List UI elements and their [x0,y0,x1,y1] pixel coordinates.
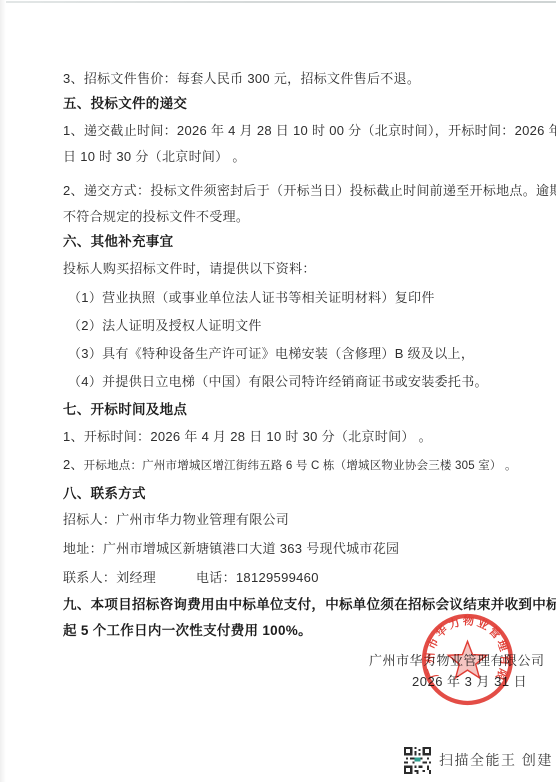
doc-line-item-3-permit: （3）具有《特种设备生产许可证》电梯安装（含修理）B 级及以上， [68,346,474,362]
section-heading-5-submission: 五、投标文件的递交 [63,96,187,112]
doc-line-deadline-1: 1、递交截止时间：2026 年 4 月 28 日 10 时 00 分（北京时间）… [63,123,556,139]
doc-line-delivery-method-1: 2、递交方式：投标文件须密封后于（开标当日）投标截止时间前递至开标地点。逾期送达… [63,183,556,199]
doc-line-opening-time: 1、开标时间：2026 年 4 月 28 日 10 时 30 分（北京时间） 。 [63,429,432,445]
doc-line-item-1-license: （1）营业执照（或事业单位法人证书等相关证明材料）复印件 [68,290,435,306]
doc-line-item-4-hitachi: （4）并提供日立电梯（中国）有限公司特许经销商证书或安装委托书。 [68,374,488,390]
section-heading-6-other: 六、其他补充事宜 [63,234,173,250]
doc-line-document-price: 3、招标文件售价：每套人民币 300 元，招标文件售后不退。 [63,71,420,87]
doc-line-materials-intro: 投标人购买招标文件时，请提供以下资料： [63,261,316,277]
doc-line-opening-place-number: 2、 [63,457,84,472]
doc-line-contact-phone: 联系人：刘经理 电话：18129599460 [63,570,319,586]
company-seal-stamp: 广州市华力物业管理有限公司 [419,611,516,708]
doc-line-deadline-2: 日 10 时 30 分（北京时间） 。 [63,149,246,165]
scan-edge-artifact-left [0,0,6,782]
section-heading-8-contact: 八、联系方式 [63,486,146,502]
watermark-label: 扫描全能王 创建 [439,750,553,770]
section-heading-7-opening: 七、开标时间及地点 [63,402,187,418]
scanner-watermark: 扫描全能王 创建 [404,745,553,775]
doc-line-tenderer: 招标人：广州市华力物业管理有限公司 [63,512,289,528]
doc-line-opening-place: 2、开标地点：广州市增城区增江街纬五路 6 号 C 栋（增城区物业协会三楼 30… [63,457,517,474]
doc-line-delivery-method-2: 不符合规定的投标文件不受理。 [63,209,249,225]
doc-line-opening-place-text: 开标地点：广州市增城区增江街纬五路 6 号 C 栋（增城区物业协会三楼 305 … [84,460,517,472]
scanned-document-page: 3、招标文件售价：每套人民币 300 元，招标文件售后不退。 五、投标文件的递交… [0,0,556,782]
doc-line-item-2-proof: （2）法人证明及授权人证明文件 [68,318,262,334]
seal-star-icon [448,641,486,678]
qr-code-icon [404,747,431,774]
doc-line-fee-clause-2: 起 5 个工作日内一次性支付费用 100%。 [63,623,312,639]
scan-edge-artifact-top [0,1,556,3]
doc-line-address: 地址：广州市增城区新塘镇港口大道 363 号现代城市花园 [63,541,399,557]
